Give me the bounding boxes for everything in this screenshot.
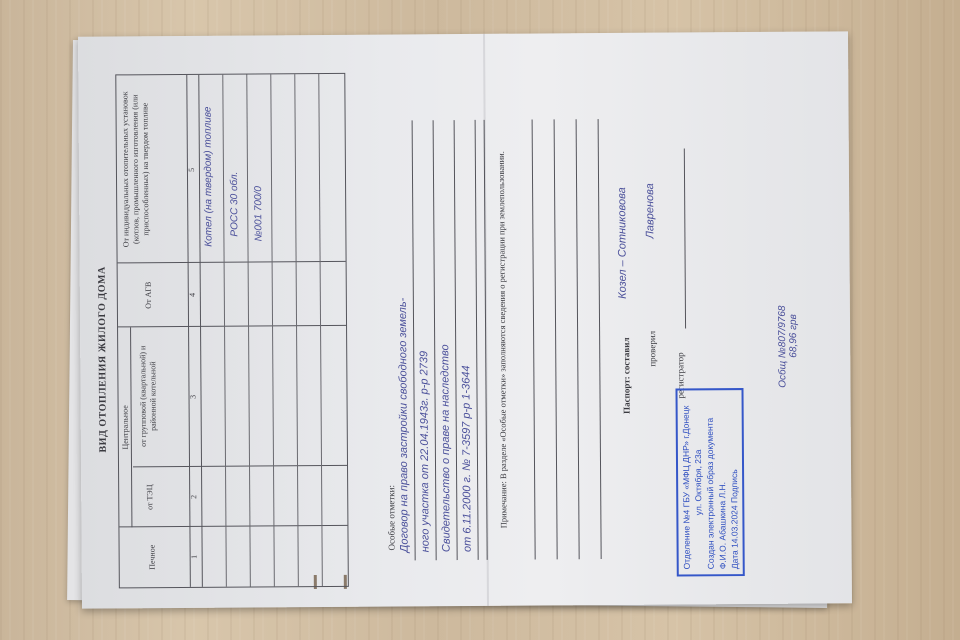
ruled-line xyxy=(576,119,580,559)
column-divider xyxy=(133,465,347,467)
row-line xyxy=(246,75,251,587)
special-mark-line: Свидетельство о праве на наследство xyxy=(439,344,452,552)
ruled-line xyxy=(554,119,558,559)
column-divider xyxy=(118,261,346,264)
ruled-line xyxy=(412,120,416,560)
ruled-line xyxy=(532,120,536,560)
special-marks-label: Особые отметки: xyxy=(386,485,396,551)
mfc-stamp: Отделение №4 ГБУ «МФЦ ДНР» г.Донецк ул. … xyxy=(675,388,744,576)
note-text: Примечание: В разделе «Особые отметки» з… xyxy=(496,140,510,540)
header-individual: От индивидуальных отопительных установок… xyxy=(120,77,151,261)
row-line xyxy=(222,75,227,587)
special-mark-line: от 6.11.2000 г. № 7-3597 р-р 1-3644 xyxy=(460,365,473,552)
passport-checked-value: Лавренова xyxy=(644,183,656,239)
heating-table: Печное Центральное от ТЭЦ от групповой (… xyxy=(115,73,349,589)
ruled-line xyxy=(454,120,458,560)
header-agv: От АГВ xyxy=(144,265,154,325)
passport-checked-label: проверил xyxy=(647,331,657,367)
ruled-line xyxy=(598,119,602,559)
handwritten-entry: №001 700/0 xyxy=(253,186,264,241)
handwritten-entry: РОСС 30 обл. xyxy=(229,172,240,237)
header-stove: Печное xyxy=(147,527,157,587)
header-boiler: от групповой (квартальной) и районной ко… xyxy=(138,329,159,463)
signature-line xyxy=(684,148,686,328)
ruled-line xyxy=(475,120,479,560)
ruled-line xyxy=(484,120,488,560)
column-divider xyxy=(119,525,347,528)
document-sheet: ВИД ОТОПЛЕНИЯ ЖИЛОГО ДОМА Печное Централ… xyxy=(78,31,852,608)
special-mark-line: ного участка от 22.04.1943г. р-р 2739 xyxy=(418,351,431,552)
special-mark-line: Договор на право застройки свободного зе… xyxy=(397,298,411,553)
column-numbers: 1 2 3 4 5 xyxy=(186,75,203,587)
table-header: Печное Центральное от ТЭЦ от групповой (… xyxy=(116,75,191,587)
passport-compiled-label: Паспорт: составил xyxy=(621,337,632,413)
handwritten-side-note: Осбщ №807/9768 68,96 грв xyxy=(777,305,800,387)
header-central: Центральное xyxy=(120,327,132,527)
row-line xyxy=(294,74,299,586)
handwritten-entry: Котел (на твердом) топливе xyxy=(203,107,215,247)
document-title: ВИД ОТОПЛЕНИЯ ЖИЛОГО ДОМА xyxy=(97,266,109,452)
passport-compiled-value: Козел – Сотниковова xyxy=(616,187,629,299)
row-line xyxy=(270,74,275,586)
rotated-page-content: ВИД ОТОПЛЕНИЯ ЖИЛОГО ДОМА Печное Централ… xyxy=(83,37,847,602)
column-divider xyxy=(118,325,346,328)
row-line xyxy=(318,74,323,586)
header-tec: от ТЭЦ xyxy=(145,467,155,527)
ruled-line xyxy=(433,120,437,560)
